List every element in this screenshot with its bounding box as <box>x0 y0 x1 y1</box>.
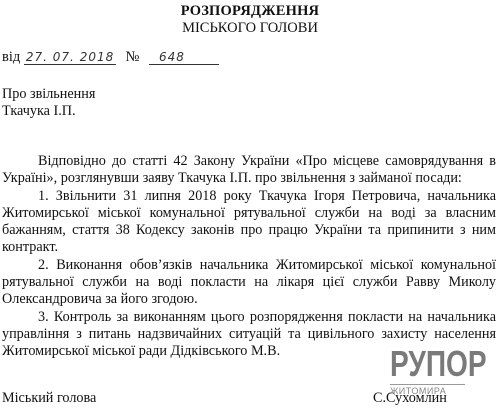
date-label: від <box>2 49 20 65</box>
preamble-paragraph: Відповідно до статті 42 Закону України «… <box>2 153 496 188</box>
watermark-subtitle: ЖИТОМИРА <box>390 386 476 396</box>
handwritten-date: 27. 07. 2018 <box>24 50 116 65</box>
handwritten-number: 648 <box>149 50 219 65</box>
watermark-logo: РУПОР ЖИТОМИРА <box>390 346 476 406</box>
watermark-divider <box>390 384 465 385</box>
subject-line-1: Про звільнення <box>2 86 95 103</box>
signatory-position: Міський голова <box>2 390 96 407</box>
document-subject: Про звільнення Ткачука І.П. <box>2 86 95 120</box>
document-body: Відповідно до статті 42 Закону України «… <box>2 153 496 361</box>
subject-line-2: Ткачука І.П. <box>2 103 95 120</box>
watermark-title: РУПОР <box>390 346 457 382</box>
number-label: № <box>126 49 140 65</box>
date-number-line: від 27. 07. 2018 № 648 <box>2 49 219 66</box>
clause-2: 2. Виконання обов’язків начальника Житом… <box>2 257 496 309</box>
document-title: РОЗПОРЯДЖЕННЯ <box>0 3 500 20</box>
document-subtitle: МІСЬКОГО ГОЛОВИ <box>0 20 500 37</box>
clause-1: 1. Звільнити 31 липня 2018 року Ткачука … <box>2 188 496 257</box>
